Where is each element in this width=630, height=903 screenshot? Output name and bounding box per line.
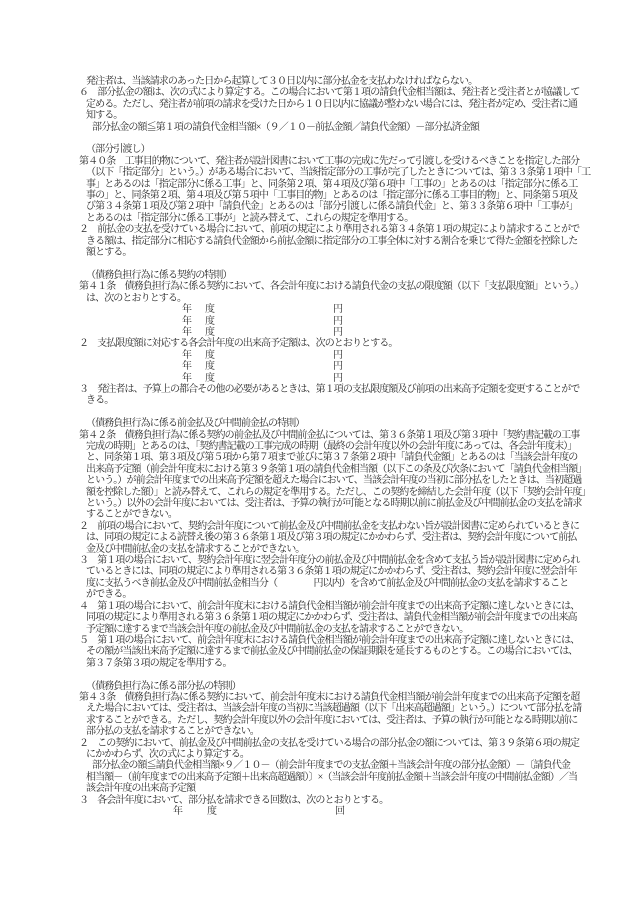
fill-in-cell: 円 [333,373,343,384]
text-line: 相当額－（前年度までの出来高予定額＋出来高超過額）〕×（当該会計年度前払金額＋当… [79,772,619,783]
document-body: 発注者は、当該請求のあった日から起算して３０日以内に部分払金を支払わなければなら… [79,76,619,817]
clause-heading: （部分引渡し） [79,144,619,155]
text-line: ２ この契約において、前払金及び中間前払金の支払を受けている場合の部分払金の額に… [79,738,619,749]
text-line: ４ 第１項の場合において、前会計年度末における請負代金相当額が前会計年度までの出… [79,601,619,612]
text-line: その額が当該出来高予定額に達するまで前払金及び中間前払金の保証期限を延長するもの… [79,646,619,657]
text-line: にかかわらず、次の式により算定する。 [79,749,619,760]
fill-in-cell: 年 [182,304,192,315]
text-line: 部分払金の額≦請負代金相当額×９／１０－（前会計年度までの支払金額＋当該会計年度… [79,760,619,771]
text-line: という。）以外の会計年度においては、受注者は、予算の執行が可能となる時期以前に前… [79,498,619,509]
text-line: 額を控除した額）」と読み替えて、これらの規定を準用する。ただし、この契約を締結し… [79,487,619,498]
fill-in-cell: 年 [182,361,192,372]
fill-in-row: 年度円 [79,316,619,327]
text-line: ２ 前項の場合において、契約会計年度について前払金及び中間前払金を支払わない旨が… [79,521,619,532]
text-line: 部分払の支払を請求することができない。 [79,726,619,737]
fill-in-cell: 円 [333,361,343,372]
text-line: （以下「指定部分」という。）がある場合において、当該指定部分の工事が完了したとき… [79,167,619,178]
fill-in-cell: 度 [207,806,217,817]
fill-in-row: 年度円 [79,304,619,315]
fill-in-cell: 年 [182,350,192,361]
fill-in-cell: 度 [205,350,215,361]
text-line: 事」とあるのは「指定部分に係る工事」と、同条第２項、第４項及び第６項中「工事の」… [79,179,619,190]
text-line: ２ 前払金の支払を受けている場合において、前項の規定により準用される第３４条第１… [79,224,619,235]
text-line: 第４２条 債務負担行為に係る契約の前金払及び中間前金払については、第３６条第１項… [79,430,619,441]
fill-in-cell: 回 [335,806,345,817]
text-line: 第４１条 債務負担行為に係る契約において、各会計年度における請負代金の支払の限度… [79,281,619,292]
text-line: することができない。 [79,509,619,520]
text-line: 第３７条第３項の規定を準用する。 [79,658,619,669]
fill-in-cell: 年 [182,327,192,338]
text-line: 金及び中間前払金の支払を請求することができない。 [79,544,619,555]
fill-in-row: 年度円 [79,361,619,372]
blank-line [79,259,619,270]
fill-in-row: 年度円 [79,350,619,361]
text-line: 該会計年度の出来高予定額 [79,783,619,794]
text-line: きる額は、指定部分に相応する請負代金額から前払金額に指定部分の工事全体に対する割… [79,236,619,247]
fill-in-cell: 年 [182,316,192,327]
text-line: 発注者は、当該請求のあった日から起算して３０日以内に部分払金を支払わなければなら… [79,76,619,87]
fill-in-cell: 度 [205,304,215,315]
text-line: 求することができる。ただし、契約会計年度以外の会計年度においては、受注者は、予算… [79,715,619,726]
text-line: 出来高予定額（前会計年度末における第３９条第１項の請負代金相当額（以下この条及び… [79,464,619,475]
text-line: ２ 支払限度額に対応する各会計年度の出来高予定額は、次のとおりとする。 [79,338,619,349]
fill-in-row: 年度円 [79,373,619,384]
text-line: 額とする。 [79,247,619,258]
clause-heading: （債務負担行為に係る契約の特則） [79,270,619,281]
text-line: ６ 部分払金の額は、次の式により算定する。この場合において第１項の請負代金相当額… [79,87,619,98]
text-line: ３ 各会計年度において、部分払を請求できる回数は、次のとおりとする。 [79,795,619,806]
text-line: ３ 第１項の場合において、契約会計年度に翌会計年度分の前払金及び中間前払金を含め… [79,555,619,566]
fill-in-cell: 年 [173,806,183,817]
clause-heading: （債務負担行為に係る部分払の特則） [79,681,619,692]
text-line: 第４３条 債務負担行為に係る契約において、前会計年度末における請負代金相当額が前… [79,692,619,703]
text-line: きる。 [79,395,619,406]
text-line: は、次のとおりとする。 [79,293,619,304]
text-line: ５ 第１項の場合において、前会計年度末における請負代金相当額が前会計年度までの出… [79,635,619,646]
text-line: 第４０条 工事目的物について、発注者が設計図書において工事の完成に先だって引渡し… [79,156,619,167]
text-line: ３ 発注者は、予算上の都合その他の必要があるときは、第１項の支払限度額及び前項の… [79,384,619,395]
fill-in-cell: 年 [182,373,192,384]
fill-in-cell: 度 [205,373,215,384]
fill-in-cell: 度 [205,316,215,327]
fill-in-cell: 度 [205,361,215,372]
document-page: 発注者は、当該請求のあった日から起算して３０日以内に部分払金を支払わなければなら… [0,0,630,903]
text-line: と、同条第１項、第３項及び第５項から第７項まで並びに第３７条第２項中「請負代金額… [79,452,619,463]
text-line: 定める。ただし、発注者が前項の請求を受けた日から１０日以内に協議が整わない場合に… [79,99,619,110]
fill-in-cell: 円 [333,304,343,315]
fill-in-row: 年度円 [79,327,619,338]
text-line: ができる。 [79,589,619,600]
text-line: という。）が前会計年度までの出来高予定額を超えた場合において、当該会計年度の当初… [79,475,619,486]
text-line: とあるのは「指定部分に係る工事が」と読み替えて、これらの規定を準用する。 [79,213,619,224]
text-line: 事の」と、同条第２項、第４項及び第５項中「工事目的物」とあるのは「指定部分に係る… [79,190,619,201]
text-line: ているときには、同項の規定により準用される第３６条第１項の規定にかかわらず、受注… [79,566,619,577]
text-line: 知する。 [79,110,619,121]
text-line: えた場合においては、受注者は、当該会計年度の当初に当該超過額（以下「出来高超過額… [79,703,619,714]
text-line: 部分払金の額≦第１項の請負代金相当額×（９／１０－前払金額／請負代金額）－部分払… [79,122,619,133]
blank-line [79,133,619,144]
text-line: 同項の規定により準用される第３６条第１項の規定にかかわらず、受注者は、請負代金相… [79,612,619,623]
text-line: 度に支払うべき前払金及び中間前払金相当分（ 円以内）を含めて前払金及び中間前払金… [79,578,619,589]
fill-in-cell: 度 [205,327,215,338]
clause-heading: （債務負担行為に係る前金払及び中間前金払の特則） [79,418,619,429]
text-line: び第３４条第１項及び第２項中「請負代金」とあるのは「部分引渡しに係る請負代金」と… [79,201,619,212]
text-line: 完成の時期」とあるのは、「契約書記載の工事完成の時期（最終の会計年度以外の会計年… [79,441,619,452]
fill-in-cell: 円 [333,350,343,361]
text-line: 予定額に達するまで当該会計年度の前払金及び中間前払金の支払を請求することができな… [79,624,619,635]
fill-in-cell: 円 [333,327,343,338]
blank-line [79,669,619,680]
text-line: は、同項の規定による読替え後の第３６条第１項及び第３項の規定にかかわらず、受注者… [79,532,619,543]
blank-line [79,407,619,418]
fill-in-row: 年度回 [79,806,619,817]
fill-in-cell: 円 [333,316,343,327]
